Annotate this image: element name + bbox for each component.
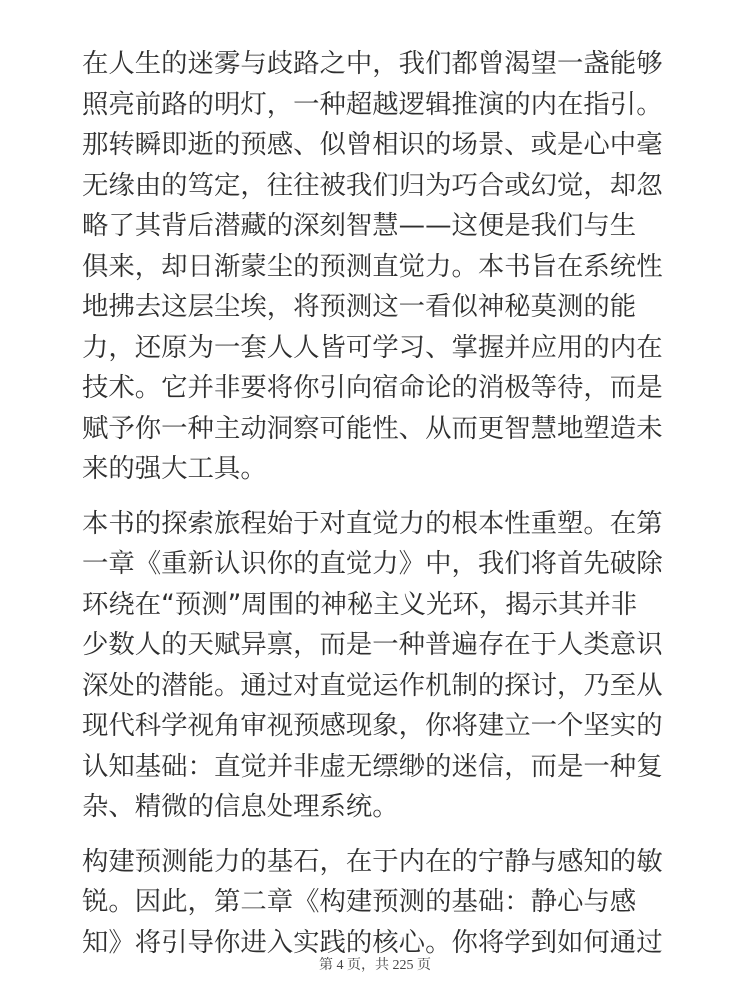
text-line: 认知基础：直觉并非虚无缥缈的迷信，而是一种复 [82,747,682,788]
paragraph-3: 构建预测能力的基石，在于内在的宁静与感知的敏 锐。因此，第二章《构建预测的基础：… [82,842,682,964]
text-line: 现代科学视角审视预感现象，你将建立一个坚实的 [82,706,682,747]
text-line: 那转瞬即逝的预感、似曾相识的场景、或是心中毫 [82,125,682,166]
text-line: 力，还原为一套人人皆可学习、掌握并应用的内在 [82,328,682,369]
text-line: 杂、精微的信息处理系统。 [82,787,682,828]
text-line: 少数人的天赋异禀，而是一种普遍存在于人类意识 [82,625,682,666]
text-line: 无缘由的笃定，往往被我们归为巧合或幻觉，却忽 [82,166,682,207]
text-line: 俱来，却日渐蒙尘的预测直觉力。本书旨在系统性 [82,247,682,288]
text-line: 技术。它并非要将你引向宿命论的消极等待，而是 [82,368,682,409]
text-line: 地拂去这层尘埃，将预测这一看似神秘莫测的能 [82,287,682,328]
text-line: 环绕在“预测”周围的神秘主义光环，揭示其并非 [82,585,682,626]
text-line: 一章《重新认识你的直觉力》中，我们将首先破除 [82,544,682,585]
text-line: 锐。因此，第二章《构建预测的基础：静心与感 [82,882,682,923]
page-indicator: 第 4 页，共 225 页 [0,954,750,974]
text-line: 来的强大工具。 [82,449,682,490]
text-line: 构建预测能力的基石，在于内在的宁静与感知的敏 [82,842,682,883]
text-line: 赋予你一种主动洞察可能性、从而更智慧地塑造未 [82,409,682,450]
text-line: 深处的潜能。通过对直觉运作机制的探讨，乃至从 [82,666,682,707]
text-line: 照亮前路的明灯，一种超越逻辑推演的内在指引。 [82,85,682,126]
text-line: 略了其背后潜藏的深刻智慧——这便是我们与生 [82,206,682,247]
paragraph-1: 在人生的迷雾与歧路之中，我们都曾渴望一盏能够 照亮前路的明灯，一种超越逻辑推演的… [82,44,682,490]
text-line: 本书的探索旅程始于对直觉力的根本性重塑。在第 [82,504,682,545]
paragraph-2: 本书的探索旅程始于对直觉力的根本性重塑。在第 一章《重新认识你的直觉力》中，我们… [82,504,682,828]
document-page: 在人生的迷雾与歧路之中，我们都曾渴望一盏能够 照亮前路的明灯，一种超越逻辑推演的… [82,44,682,977]
text-line: 在人生的迷雾与歧路之中，我们都曾渴望一盏能够 [82,44,682,85]
